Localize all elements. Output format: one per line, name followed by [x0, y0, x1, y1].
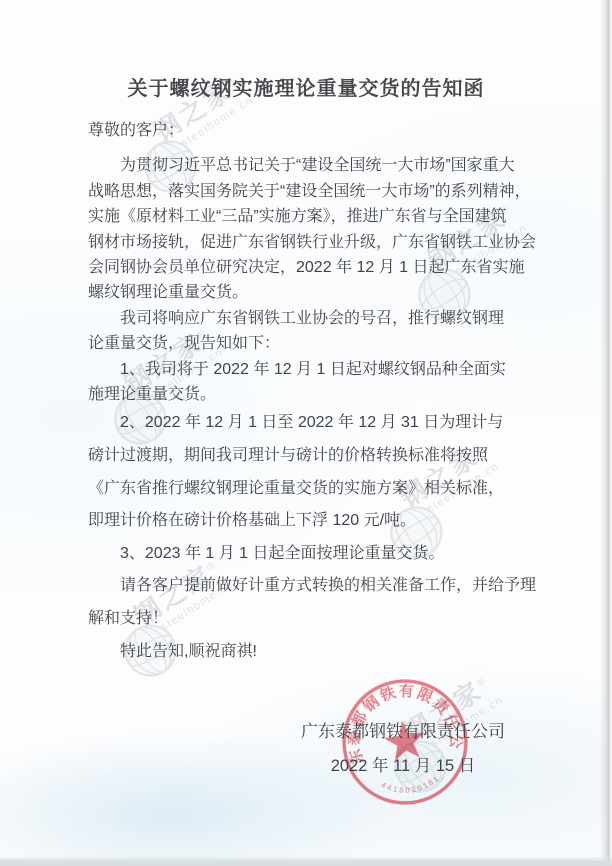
doc-line: 会同钢协会员单位研究决定，2022 年 12 月 1 日起广东省实施 — [88, 255, 533, 280]
doc-line: 战略思想，落实国务院关于“建设全国统一大市场”的系列精神， — [88, 179, 533, 204]
doc-line: 《广东省推行螺纹钢理论重量交货的实施方案》相关标准， — [88, 473, 533, 506]
signature-company: 广东泰都钢铁有限责任公司 — [288, 720, 518, 744]
doc-line: 钢材市场接轨，促进广东省钢铁行业升级，广东省钢铁工业协会 — [88, 230, 533, 255]
doc-line: 即理计价格在磅计价格基础上下浮 120 元/吨。 — [88, 505, 533, 538]
signature-block: 广东泰都钢铁有限责任公司 2022 年 11 月 15 日 — [288, 720, 518, 778]
doc-line: 为贯彻习近平总书记关于“建设全国统一大市场”国家重大 — [88, 153, 533, 178]
paragraph-2: 我司将响应广东省钢铁工业协会的号召，推行螺纹钢理 论重量交货，现告知如下： — [88, 306, 533, 357]
doc-line: 论重量交货，现告知如下： — [88, 331, 533, 356]
doc-line: 特此告知,顺祝商祺! — [88, 636, 533, 669]
doc-line: 请各客户提前做好计重方式转换的相关准备工作，并给予理 — [88, 570, 533, 603]
doc-line: 实施《原材料工业“三品”实施方案》，推进广东省与全国建筑 — [88, 204, 533, 229]
doc-line: 螺纹钢理论重量交货。 — [88, 280, 533, 305]
doc-line: 我司将响应广东省钢铁工业协会的号召，推行螺纹钢理 — [88, 306, 533, 331]
doc-line: 1、我司将于 2022 年 12 月 1 日起对螺纹钢品种全面实 — [88, 357, 533, 382]
list-item-1: 1、我司将于 2022 年 12 月 1 日起对螺纹钢品种全面实 施理论重量交货… — [88, 357, 533, 408]
doc-line: 3、2023 年 1 月 1 日起全面按理论重量交货。 — [88, 538, 533, 571]
salutation: 尊敬的客户： — [88, 118, 533, 143]
page-edge-bottom — [0, 857, 612, 866]
list-item-3: 3、2023 年 1 月 1 日起全面按理论重量交货。 — [88, 538, 533, 571]
scanned-letter-page: 钢之家® steelhome.cn 钢之家® steelhome.cn 钢之家®… — [0, 0, 612, 866]
paragraph-request: 请各客户提前做好计重方式转换的相关准备工作，并给予理 解和支持！ — [88, 570, 533, 635]
paragraph-closing: 特此告知,顺祝商祺! — [88, 636, 533, 669]
letter-body: 尊敬的客户： 为贯彻习近平总书记关于“建设全国统一大市场”国家重大 战略思想，落… — [88, 118, 533, 668]
doc-line: 磅计过渡期，期间我司理计与磅计的价格转换标准将按照 — [88, 440, 533, 473]
page-edge-right — [600, 0, 612, 866]
letter-title: 关于螺纹钢实施理论重量交货的告知函 — [0, 72, 612, 101]
doc-line: 2、2022 年 12 月 1 日至 2022 年 12 月 31 日为理计与 — [88, 407, 533, 440]
list-item-2: 2、2022 年 12 月 1 日至 2022 年 12 月 31 日为理计与 … — [88, 407, 533, 537]
signature-date: 2022 年 11 月 15 日 — [288, 754, 518, 778]
paragraph-1: 为贯彻习近平总书记关于“建设全国统一大市场”国家重大 战略思想，落实国务院关于“… — [88, 153, 533, 305]
doc-line: 施理论重量交货。 — [88, 382, 533, 407]
doc-line: 解和支持！ — [88, 603, 533, 636]
